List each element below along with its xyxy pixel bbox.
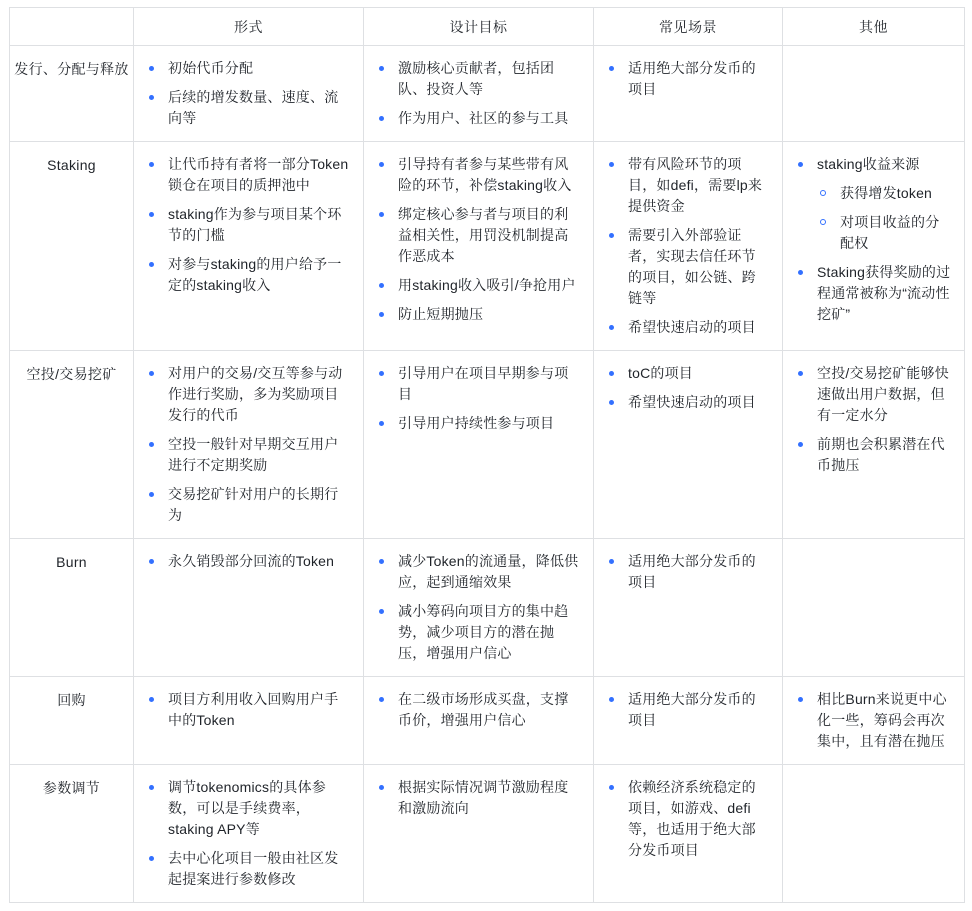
table-cell[interactable]: [783, 765, 965, 903]
column-header-4[interactable]: 其他: [783, 8, 965, 46]
bullet-text: 去中心化项目一般由社区发起提案进行参数修改: [168, 848, 350, 890]
bullet-text: 在二级市场形成买盘，支撑币价，增强用户信心: [398, 689, 580, 731]
bullet-item: 希望快速启动的项目: [607, 392, 769, 413]
table-cell[interactable]: 引导用户在项目早期参与项目引导用户持续性参与项目: [364, 351, 594, 539]
dot-bullet-icon: [149, 212, 154, 217]
dot-bullet-icon: [379, 371, 384, 376]
bullet-text: 绑定核心参与者与项目的利益相关性，用罚没机制提高作恶成本: [398, 204, 580, 267]
dot-bullet-icon: [798, 371, 803, 376]
dot-bullet-icon: [379, 312, 384, 317]
bullet-item: 后续的增发数量、速度、流向等: [147, 87, 350, 129]
dot-bullet-icon: [379, 162, 384, 167]
bullet-text: 调节tokenomics的具体参数，可以是手续费率，staking APY等: [168, 777, 350, 840]
bullet-item: 永久销毁部分回流的Token: [147, 551, 350, 572]
table-cell[interactable]: 对用户的交易/交互等参与动作进行奖励，多为奖励项目发行的代币空投一般针对早期交互…: [134, 351, 364, 539]
row-label-cell[interactable]: Burn: [10, 539, 134, 677]
table-cell[interactable]: 根据实际情况调节激励程度和激励流向: [364, 765, 594, 903]
bullet-item: 引导用户持续性参与项目: [377, 413, 580, 434]
dot-bullet-icon: [379, 116, 384, 121]
table-cell[interactable]: 调节tokenomics的具体参数，可以是手续费率，staking APY等去中…: [134, 765, 364, 903]
dot-bullet-icon: [149, 371, 154, 376]
bullet-item: 引导用户在项目早期参与项目: [377, 363, 580, 405]
dot-bullet-icon: [379, 697, 384, 702]
bullet-text: 初始代币分配: [168, 58, 350, 79]
dot-bullet-icon: [149, 785, 154, 790]
table-cell[interactable]: 激励核心贡献者，包括团队、投资人等作为用户、社区的参与工具: [364, 46, 594, 142]
bullet-text: 引导持有者参与某些带有风险的环节，补偿staking收入: [398, 154, 580, 196]
bullet-text: 交易挖矿针对用户的长期行为: [168, 484, 350, 526]
table-body: 发行、分配与释放初始代币分配后续的增发数量、速度、流向等激励核心贡献者，包括团队…: [10, 46, 965, 903]
row-label-cell[interactable]: 参数调节: [10, 765, 134, 903]
dot-bullet-icon: [609, 233, 614, 238]
bullet-text: 引导用户持续性参与项目: [398, 413, 580, 434]
bullet-text: 让代币持有者将一部分Token锁仓在项目的质押池中: [168, 154, 350, 196]
bullet-item: Staking获得奖励的过程通常被称为“流动性挖矿”: [796, 262, 951, 325]
sub-bullet-item: 对项目收益的分配权: [818, 212, 951, 254]
column-header-3[interactable]: 常见场景: [594, 8, 783, 46]
row-label-cell[interactable]: 发行、分配与释放: [10, 46, 134, 142]
bullet-item: 交易挖矿针对用户的长期行为: [147, 484, 350, 526]
bullet-item: 作为用户、社区的参与工具: [377, 108, 580, 129]
table-row: 回购项目方利用收入回购用户手中的Token在二级市场形成买盘，支撑币价，增强用户…: [10, 677, 965, 765]
bullet-item: 适用绝大部分发币的项目: [607, 58, 769, 100]
bullet-item: 对参与staking的用户给予一定的staking收入: [147, 254, 350, 296]
table-cell[interactable]: 初始代币分配后续的增发数量、速度、流向等: [134, 46, 364, 142]
bullet-item: 对用户的交易/交互等参与动作进行奖励，多为奖励项目发行的代币: [147, 363, 350, 426]
bullet-item: 减小筹码向项目方的集中趋势，减少项目方的潜在抛压，增强用户信心: [377, 601, 580, 664]
bullet-text: 适用绝大部分发币的项目: [628, 58, 769, 100]
bullet-text: 对参与staking的用户给予一定的staking收入: [168, 254, 350, 296]
dot-bullet-icon: [149, 697, 154, 702]
circle-bullet-icon: [820, 219, 826, 225]
dot-bullet-icon: [609, 66, 614, 71]
dot-bullet-icon: [609, 785, 614, 790]
bullet-item: 让代币持有者将一部分Token锁仓在项目的质押池中: [147, 154, 350, 196]
bullet-text: 对用户的交易/交互等参与动作进行奖励，多为奖励项目发行的代币: [168, 363, 350, 426]
table-cell[interactable]: 相比Burn来说更中心化一些，筹码会再次集中，且有潜在抛压: [783, 677, 965, 765]
bullet-text: staking收益来源: [817, 154, 951, 175]
bullet-item: 绑定核心参与者与项目的利益相关性，用罚没机制提高作恶成本: [377, 204, 580, 267]
dot-bullet-icon: [609, 697, 614, 702]
bullet-item: 希望快速启动的项目: [607, 317, 769, 338]
bullet-text: 空投一般针对早期交互用户进行不定期奖励: [168, 434, 350, 476]
bullet-item: 适用绝大部分发币的项目: [607, 689, 769, 731]
bullet-text: 永久销毁部分回流的Token: [168, 551, 350, 572]
bullet-text: 项目方利用收入回购用户手中的Token: [168, 689, 350, 731]
bullet-item: 调节tokenomics的具体参数，可以是手续费率，staking APY等: [147, 777, 350, 840]
bullet-text: 空投/交易挖矿能够快速做出用户数据，但有一定水分: [817, 363, 951, 426]
bullet-text: 带有风险环节的项目，如defi，需要lp来提供资金: [628, 154, 769, 217]
dot-bullet-icon: [609, 559, 614, 564]
circle-bullet-icon: [820, 190, 826, 196]
bullet-item: 去中心化项目一般由社区发起提案进行参数修改: [147, 848, 350, 890]
bullet-text: 依赖经济系统稳定的项目，如游戏、defi等，也适用于绝大部分发币项目: [628, 777, 769, 861]
table-cell[interactable]: [783, 46, 965, 142]
table-cell[interactable]: [783, 539, 965, 677]
dot-bullet-icon: [798, 270, 803, 275]
dot-bullet-icon: [379, 785, 384, 790]
dot-bullet-icon: [379, 421, 384, 426]
bullet-text: 减少Token的流通量，降低供应，起到通缩效果: [398, 551, 580, 593]
table-cell[interactable]: 在二级市场形成买盘，支撑币价，增强用户信心: [364, 677, 594, 765]
tokenomics-table: 形式设计目标常见场景其他 发行、分配与释放初始代币分配后续的增发数量、速度、流向…: [9, 7, 965, 903]
bullet-item: toC的项目: [607, 363, 769, 384]
bullet-text: toC的项目: [628, 363, 769, 384]
dot-bullet-icon: [379, 66, 384, 71]
dot-bullet-icon: [149, 492, 154, 497]
bullet-item: 空投/交易挖矿能够快速做出用户数据，但有一定水分: [796, 363, 951, 426]
bullet-item: staking收益来源: [796, 154, 951, 175]
dot-bullet-icon: [379, 559, 384, 564]
dot-bullet-icon: [149, 66, 154, 71]
dot-bullet-icon: [609, 325, 614, 330]
bullet-item: staking作为参与项目某个环节的门槛: [147, 204, 350, 246]
dot-bullet-icon: [798, 697, 803, 702]
dot-bullet-icon: [798, 442, 803, 447]
bullet-item: 根据实际情况调节激励程度和激励流向: [377, 777, 580, 819]
dot-bullet-icon: [149, 856, 154, 861]
table-cell[interactable]: 依赖经济系统稳定的项目，如游戏、defi等，也适用于绝大部分发币项目: [594, 765, 783, 903]
table-cell[interactable]: 永久销毁部分回流的Token: [134, 539, 364, 677]
bullet-item: 初始代币分配: [147, 58, 350, 79]
table-cell[interactable]: 适用绝大部分发币的项目: [594, 46, 783, 142]
table-cell[interactable]: toC的项目希望快速启动的项目: [594, 351, 783, 539]
bullet-item: 激励核心贡献者，包括团队、投资人等: [377, 58, 580, 100]
bullet-text: 需要引入外部验证者，实现去信任环节的项目，如公链、跨链等: [628, 225, 769, 309]
bullet-item: 减少Token的流通量，降低供应，起到通缩效果: [377, 551, 580, 593]
bullet-item: 适用绝大部分发币的项目: [607, 551, 769, 593]
table-cell[interactable]: 引导持有者参与某些带有风险的环节，补偿staking收入绑定核心参与者与项目的利…: [364, 142, 594, 351]
dot-bullet-icon: [149, 262, 154, 267]
bullet-text: 相比Burn来说更中心化一些，筹码会再次集中，且有潜在抛压: [817, 689, 951, 752]
bullet-item: 空投一般针对早期交互用户进行不定期奖励: [147, 434, 350, 476]
dot-bullet-icon: [149, 442, 154, 447]
bullet-text: 激励核心贡献者，包括团队、投资人等: [398, 58, 580, 100]
column-header-1[interactable]: 形式: [134, 8, 364, 46]
bullet-text: 防止短期抛压: [398, 304, 580, 325]
bullet-text: 前期也会积累潜在代币抛压: [817, 434, 951, 476]
dot-bullet-icon: [609, 162, 614, 167]
row-label-cell[interactable]: Staking: [10, 142, 134, 351]
table-row: Burn永久销毁部分回流的Token减少Token的流通量，降低供应，起到通缩效…: [10, 539, 965, 677]
table-cell[interactable]: 适用绝大部分发币的项目: [594, 539, 783, 677]
header-row: 形式设计目标常见场景其他: [10, 8, 965, 46]
table-row: 参数调节调节tokenomics的具体参数，可以是手续费率，staking AP…: [10, 765, 965, 903]
row-label-cell[interactable]: 回购: [10, 677, 134, 765]
bullet-item: 需要引入外部验证者，实现去信任环节的项目，如公链、跨链等: [607, 225, 769, 309]
bullet-text: 希望快速启动的项目: [628, 317, 769, 338]
row-label-cell[interactable]: 空投/交易挖矿: [10, 351, 134, 539]
dot-bullet-icon: [379, 283, 384, 288]
column-header-2[interactable]: 设计目标: [364, 8, 594, 46]
table-cell[interactable]: staking收益来源获得增发token对项目收益的分配权Staking获得奖励…: [783, 142, 965, 351]
table-cell[interactable]: 项目方利用收入回购用户手中的Token: [134, 677, 364, 765]
bullet-text: 适用绝大部分发币的项目: [628, 551, 769, 593]
dot-bullet-icon: [149, 95, 154, 100]
bullet-text: 根据实际情况调节激励程度和激励流向: [398, 777, 580, 819]
dot-bullet-icon: [609, 400, 614, 405]
bullet-text: 后续的增发数量、速度、流向等: [168, 87, 350, 129]
bullet-text: 对项目收益的分配权: [840, 212, 951, 254]
bullet-item: 在二级市场形成买盘，支撑币价，增强用户信心: [377, 689, 580, 731]
bullet-text: 引导用户在项目早期参与项目: [398, 363, 580, 405]
table-cell[interactable]: 减少Token的流通量，降低供应，起到通缩效果减小筹码向项目方的集中趋势，减少项…: [364, 539, 594, 677]
bullet-text: 减小筹码向项目方的集中趋势，减少项目方的潜在抛压，增强用户信心: [398, 601, 580, 664]
dot-bullet-icon: [379, 212, 384, 217]
table-cell[interactable]: 带有风险环节的项目，如defi，需要lp来提供资金需要引入外部验证者，实现去信任…: [594, 142, 783, 351]
dot-bullet-icon: [379, 609, 384, 614]
document-page: 形式设计目标常见场景其他 发行、分配与释放初始代币分配后续的增发数量、速度、流向…: [0, 0, 972, 911]
table-cell[interactable]: 空投/交易挖矿能够快速做出用户数据，但有一定水分前期也会积累潜在代币抛压: [783, 351, 965, 539]
bullet-item: 依赖经济系统稳定的项目，如游戏、defi等，也适用于绝大部分发币项目: [607, 777, 769, 861]
sub-bullet-item: 获得增发token: [818, 183, 951, 204]
bullet-text: Staking获得奖励的过程通常被称为“流动性挖矿”: [817, 262, 951, 325]
bullet-text: 希望快速启动的项目: [628, 392, 769, 413]
bullet-item: 带有风险环节的项目，如defi，需要lp来提供资金: [607, 154, 769, 217]
bullet-item: 引导持有者参与某些带有风险的环节，补偿staking收入: [377, 154, 580, 196]
bullet-item: 用staking收入吸引/争抢用户: [377, 275, 580, 296]
column-header-0[interactable]: [10, 8, 134, 46]
bullet-item: 项目方利用收入回购用户手中的Token: [147, 689, 350, 731]
bullet-text: 获得增发token: [840, 183, 951, 204]
table-cell[interactable]: 让代币持有者将一部分Token锁仓在项目的质押池中staking作为参与项目某个…: [134, 142, 364, 351]
dot-bullet-icon: [609, 371, 614, 376]
table-row: 空投/交易挖矿对用户的交易/交互等参与动作进行奖励，多为奖励项目发行的代币空投一…: [10, 351, 965, 539]
bullet-item: 防止短期抛压: [377, 304, 580, 325]
bullet-text: staking作为参与项目某个环节的门槛: [168, 204, 350, 246]
table-row: 发行、分配与释放初始代币分配后续的增发数量、速度、流向等激励核心贡献者，包括团队…: [10, 46, 965, 142]
table-cell[interactable]: 适用绝大部分发币的项目: [594, 677, 783, 765]
dot-bullet-icon: [149, 162, 154, 167]
bullet-item: 前期也会积累潜在代币抛压: [796, 434, 951, 476]
bullet-text: 适用绝大部分发币的项目: [628, 689, 769, 731]
dot-bullet-icon: [149, 559, 154, 564]
bullet-text: 用staking收入吸引/争抢用户: [398, 275, 580, 296]
dot-bullet-icon: [798, 162, 803, 167]
bullet-text: 作为用户、社区的参与工具: [398, 108, 580, 129]
table-row: Staking让代币持有者将一部分Token锁仓在项目的质押池中staking作…: [10, 142, 965, 351]
bullet-item: 相比Burn来说更中心化一些，筹码会再次集中，且有潜在抛压: [796, 689, 951, 752]
